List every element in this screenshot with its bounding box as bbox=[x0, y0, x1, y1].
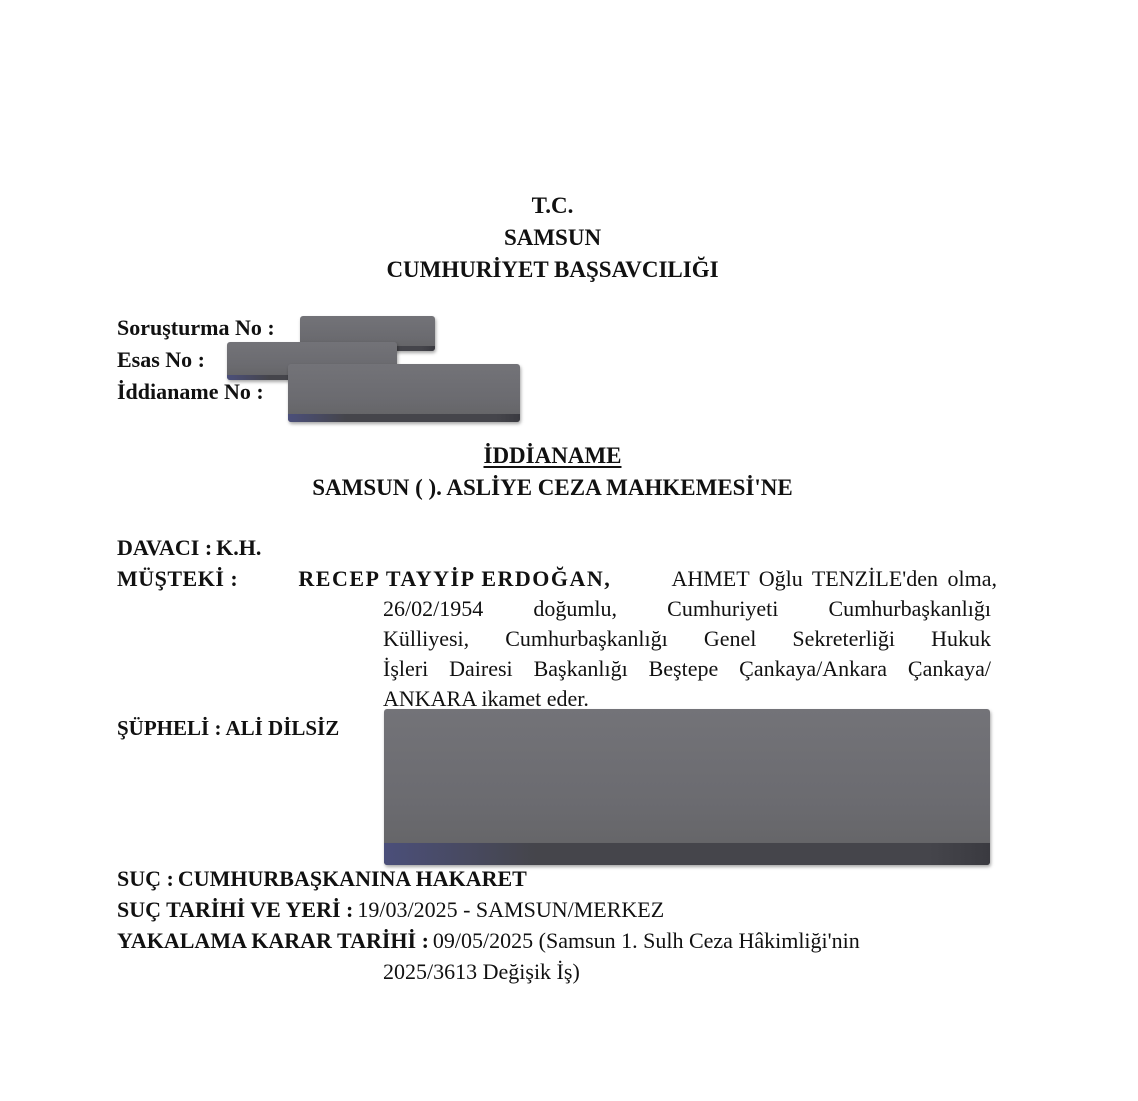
complainant-row: MÜŞTEKİ : RECEP TAYYİP ERDOĞAN, AHMET Oğ… bbox=[117, 566, 997, 592]
crime-value: CUMHURBAŞKANINA HAKARET bbox=[178, 866, 527, 891]
complainant-name: RECEP TAYYİP ERDOĞAN, bbox=[298, 566, 611, 592]
warrant-row: YAKALAMA KARAR TARİHİ : 09/05/2025 (Sams… bbox=[117, 928, 860, 954]
header-office: CUMHURİYET BAŞSAVCILIĞI bbox=[0, 254, 1105, 286]
crime-row: SUÇ : CUMHURBAŞKANINA HAKARET bbox=[117, 866, 527, 892]
indictment-no-label: İddianame No : bbox=[117, 379, 264, 405]
crime-date-place-label: SUÇ TARİHİ VE YERİ : bbox=[117, 897, 353, 922]
plaintiff-value: K.H. bbox=[216, 535, 261, 560]
redaction-indictment-no bbox=[288, 364, 520, 422]
case-no-label: Esas No : bbox=[117, 347, 205, 373]
suspect-label: ŞÜPHELİ : bbox=[117, 716, 221, 740]
suspect-row: ŞÜPHELİ : ALİ DİLSİZ bbox=[117, 716, 339, 741]
court-name: SAMSUN ( ). ASLİYE CEZA MAHKEMESİ'NE bbox=[0, 472, 1105, 504]
redaction-suspect-details bbox=[384, 709, 990, 865]
warrant-label: YAKALAMA KARAR TARİHİ : bbox=[117, 928, 429, 953]
complainant-parents: AHMET Oğlu TENZİLE'den olma, bbox=[671, 566, 997, 592]
warrant-value-line2: 2025/3613 Değişik İş) bbox=[383, 959, 580, 985]
warrant-value: 09/05/2025 (Samsun 1. Sulh Ceza Hâkimliğ… bbox=[433, 928, 860, 953]
complainant-address-line1: 26/02/1954 doğumlu, Cumhuriyeti Cumhurba… bbox=[383, 596, 991, 622]
plaintiff-row: DAVACI : K.H. bbox=[117, 535, 261, 561]
complainant-label: MÜŞTEKİ : bbox=[117, 566, 238, 592]
document-title: İDDİANAME bbox=[0, 440, 1105, 472]
header-city: SAMSUN bbox=[0, 222, 1105, 254]
suspect-name: ALİ DİLSİZ bbox=[225, 716, 339, 740]
crime-date-place-value: 19/03/2025 - SAMSUN/MERKEZ bbox=[357, 897, 664, 922]
complainant-address-line3: İşleri Dairesi Başkanlığı Beştepe Çankay… bbox=[383, 656, 991, 682]
crime-label: SUÇ : bbox=[117, 866, 174, 891]
header-tc: T.C. bbox=[0, 190, 1105, 222]
crime-date-place-row: SUÇ TARİHİ VE YERİ : 19/03/2025 - SAMSUN… bbox=[117, 897, 664, 923]
complainant-address-line2: Külliyesi, Cumhurbaşkanlığı Genel Sekret… bbox=[383, 626, 991, 652]
investigation-no-label: Soruşturma No : bbox=[117, 315, 275, 341]
plaintiff-label: DAVACI : bbox=[117, 535, 212, 560]
